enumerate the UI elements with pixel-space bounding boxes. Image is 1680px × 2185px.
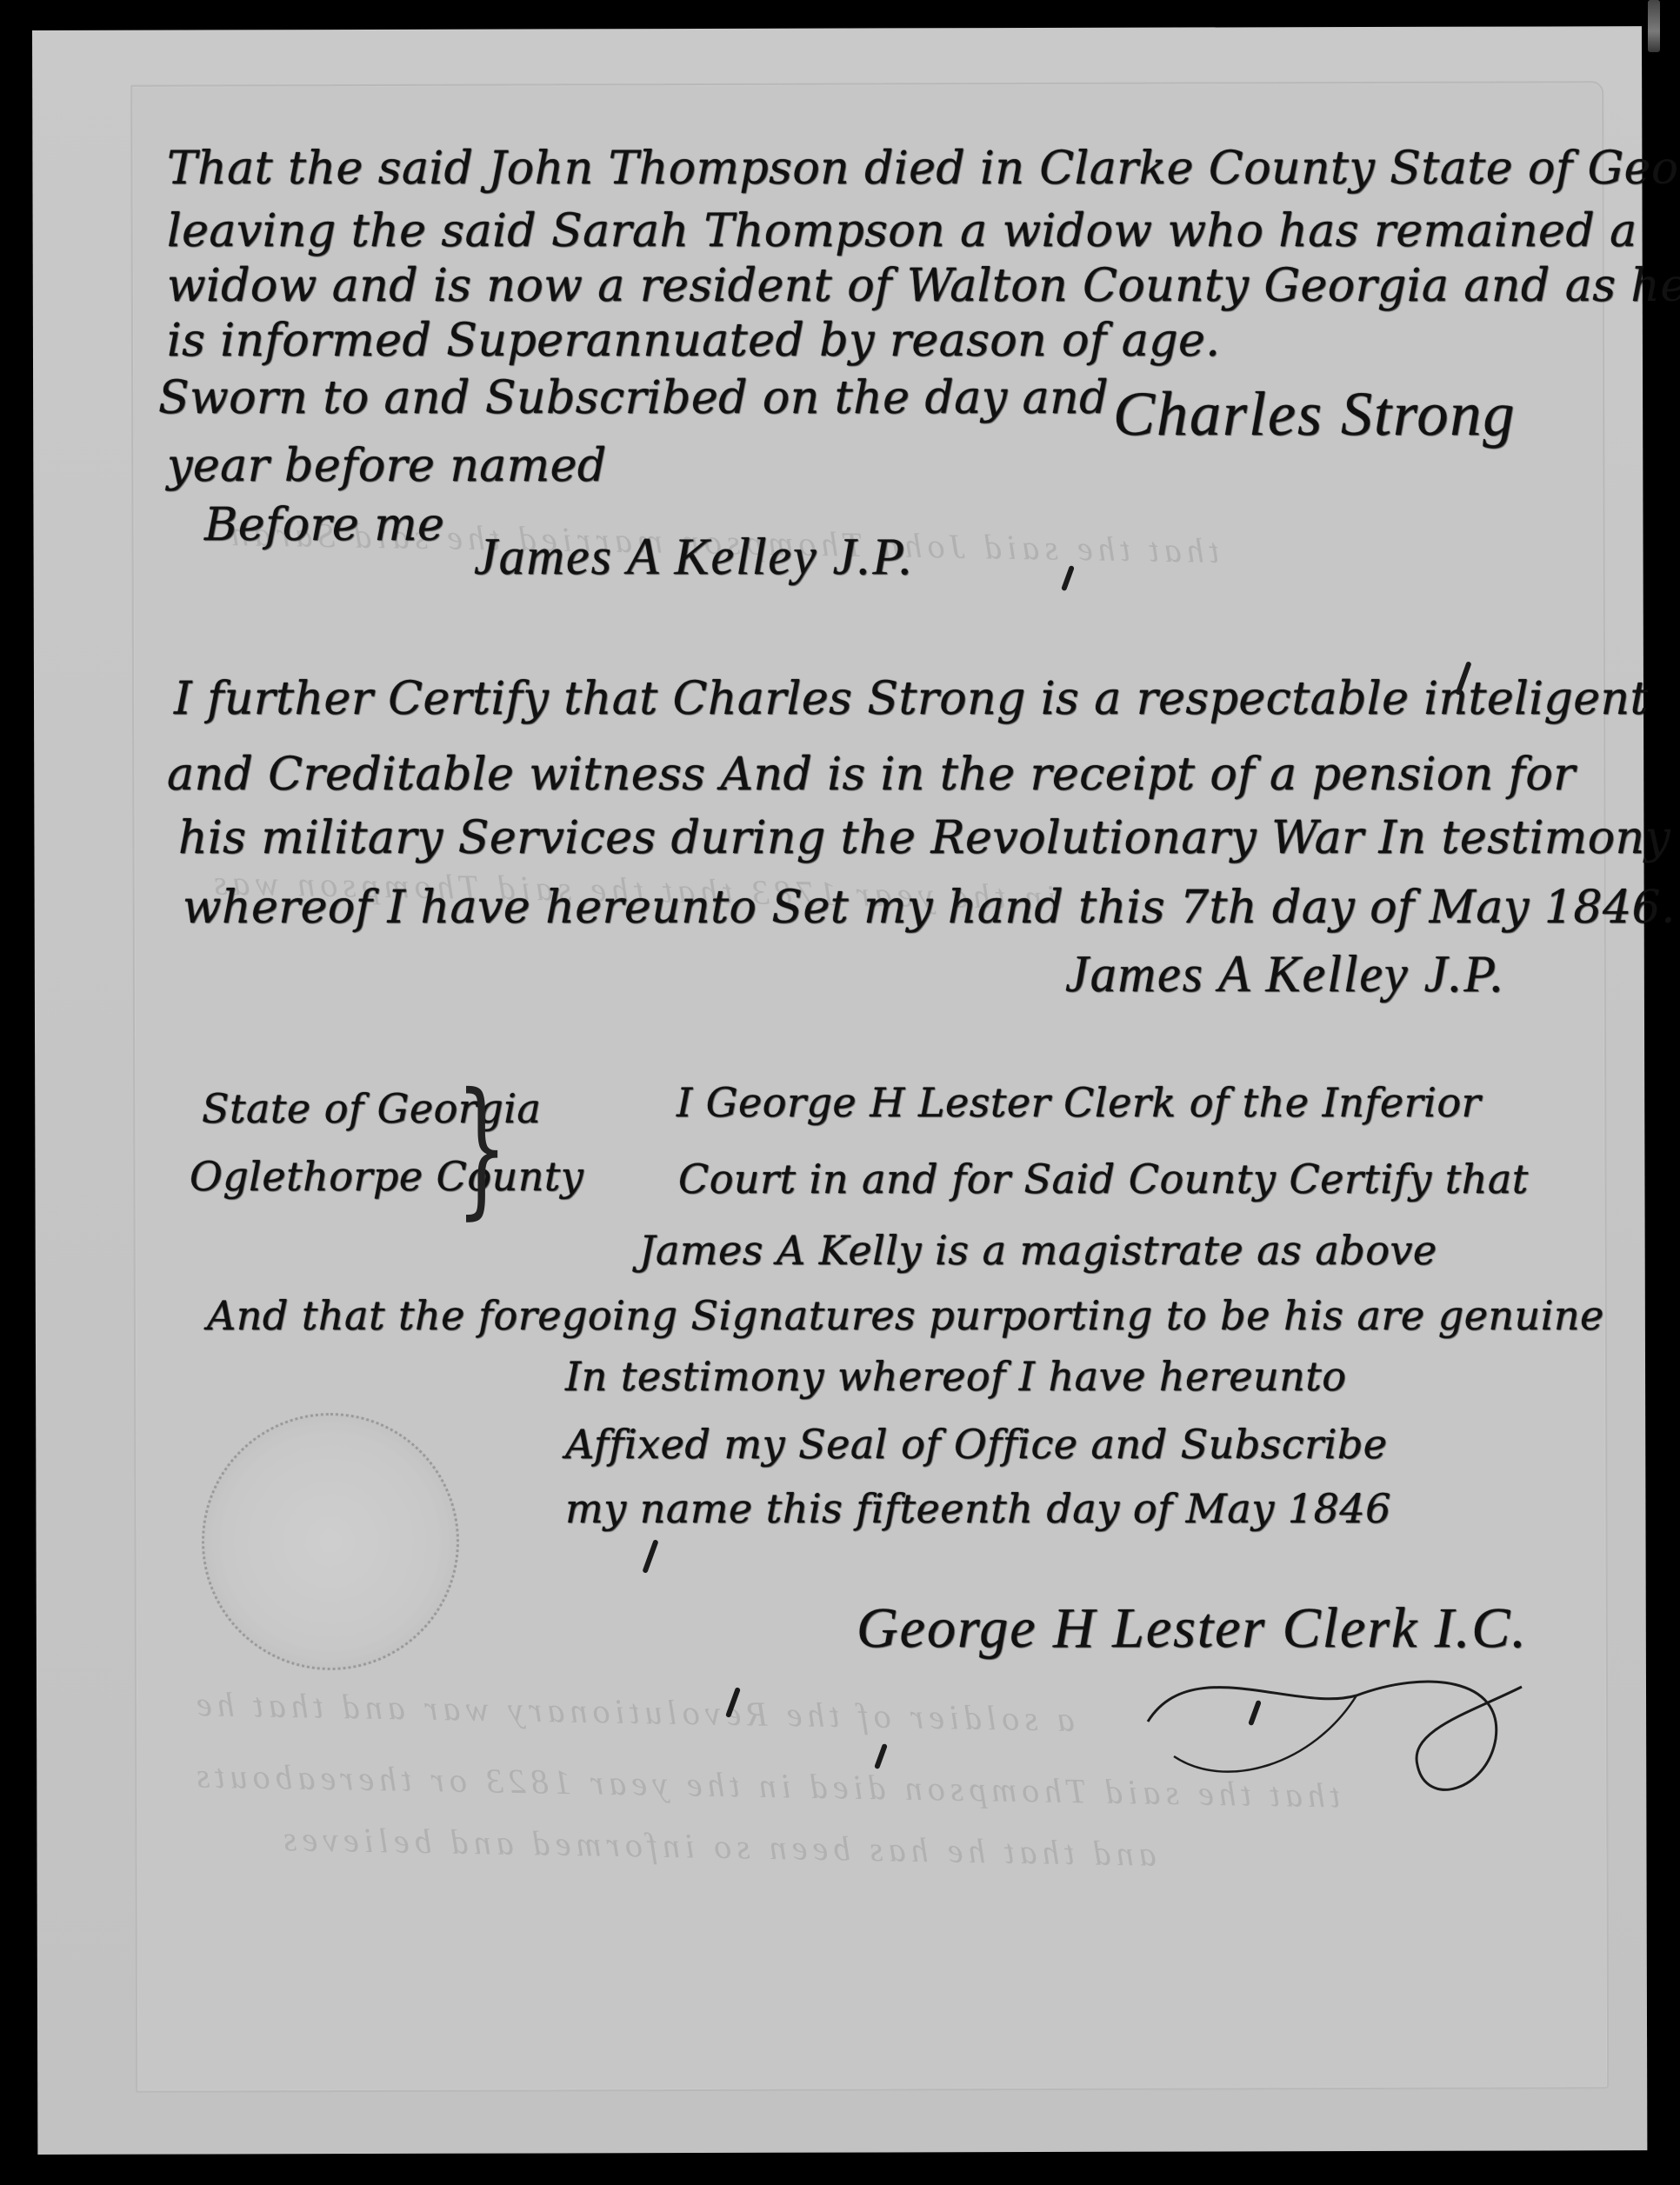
venue-brace: } bbox=[456, 1074, 507, 1222]
signature-flourish bbox=[1139, 1661, 1539, 1817]
certification-line: I further Certify that Charles Strong is… bbox=[174, 676, 1649, 722]
clerk-line: James A Kelly is a magistrate as above bbox=[639, 1230, 1437, 1270]
clerk-line: my name this fifteenth day of May 1846 bbox=[565, 1489, 1391, 1529]
certification-line: his military Services during the Revolut… bbox=[178, 816, 1670, 861]
venue-county: Oglethorpe County bbox=[190, 1156, 583, 1196]
official-signature: James A Kelley J.P. bbox=[474, 530, 914, 583]
paragraph1-line: is informed Superannuated by reason of a… bbox=[167, 318, 1220, 363]
clerk-line: I George H Lester Clerk of the Inferior bbox=[677, 1083, 1481, 1122]
clerk-line: Affixed my Seal of Office and Subscribe bbox=[565, 1424, 1388, 1464]
paragraph1-line: widow and is now a resident of Walton Co… bbox=[167, 263, 1680, 309]
paragraph1-line: leaving the said Sarah Thompson a widow … bbox=[167, 209, 1637, 254]
jurat-line: year before named bbox=[167, 443, 607, 489]
certification-line: whereof I have hereunto Set my hand this… bbox=[183, 885, 1676, 930]
paragraph1-line: That the said John Thompson died in Clar… bbox=[167, 146, 1680, 191]
clerk-line: And that the foregoing Signatures purpor… bbox=[207, 1296, 1604, 1336]
affiant-signature: Charles Strong bbox=[1113, 383, 1516, 445]
before-me-label: Before me bbox=[204, 503, 444, 548]
clerk-line: Court in and for Said County Certify tha… bbox=[678, 1159, 1529, 1199]
clerk-signature: George H Lester Clerk I.C. bbox=[857, 1600, 1528, 1657]
justice-signature: James A Kelley J.P. bbox=[1065, 948, 1505, 1000]
scanner-edge-artifact bbox=[1648, 0, 1660, 52]
clerk-line: In testimony whereof I have hereunto bbox=[565, 1356, 1346, 1396]
court-seal-emboss bbox=[202, 1413, 459, 1670]
jurat-line: Sworn to and Subscribed on the day and bbox=[158, 376, 1109, 421]
certification-line: and Creditable witness And is in the rec… bbox=[167, 752, 1576, 797]
